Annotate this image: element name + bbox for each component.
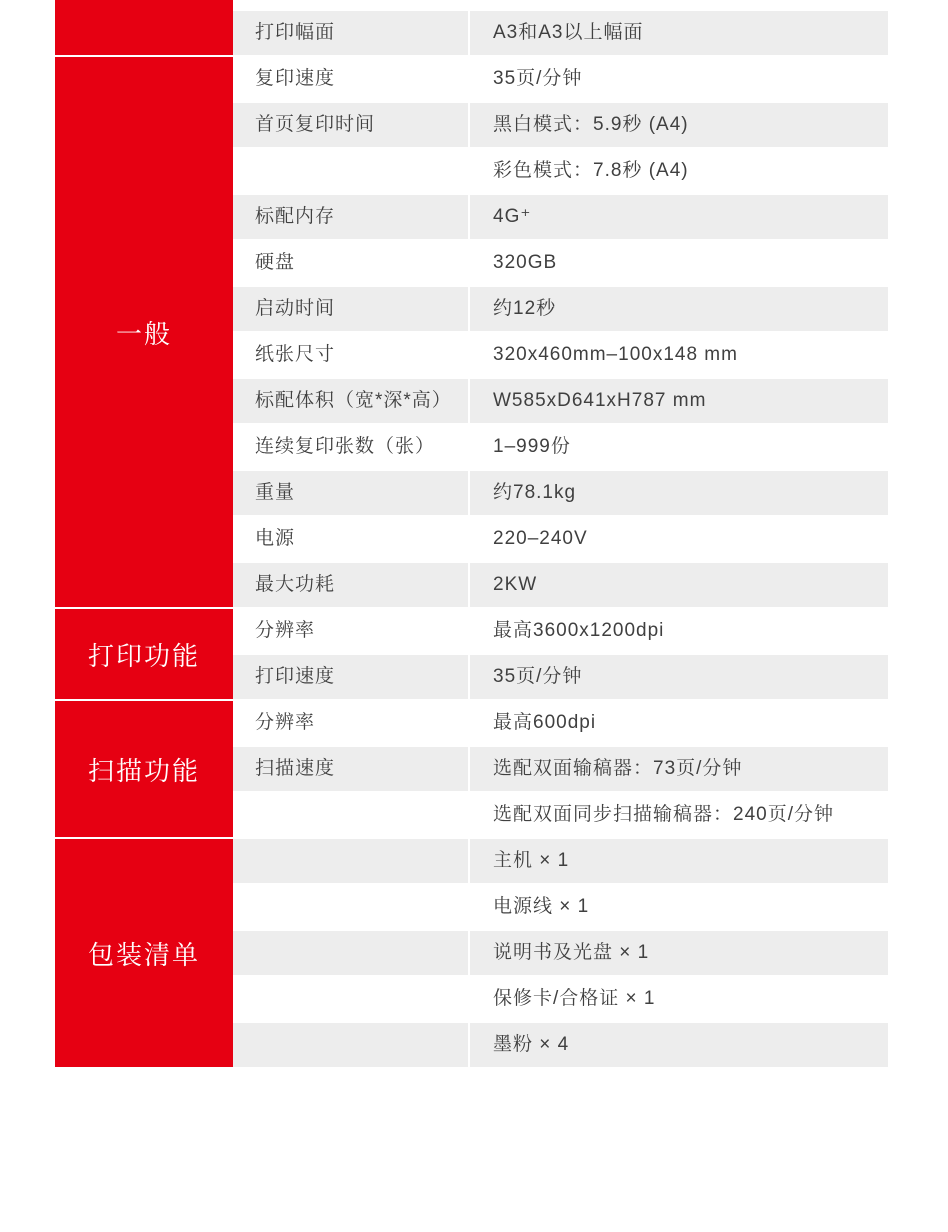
section-label: 扫描功能 [88,751,200,788]
spec-label-cell: 启动时间 [233,287,470,331]
spec-row: 标配体积（宽*深*高）W585xD641xH787 mm [233,379,888,425]
spec-value-cell: 说明书及光盘 × 1 [470,931,888,975]
section-label-cell: 打印功能 [55,609,233,699]
spec-value-cell: A3和A3以上幅面 [470,11,888,55]
spec-row: 主机 × 1 [233,839,888,885]
spec-label-cell: 打印幅面 [233,11,470,55]
spec-label-cell [233,839,470,883]
product-spec-page: 多功能打印/扫描/复印/传真打印幅面A3和A3以上幅面一般复印速度35页/分钟首… [0,0,948,1232]
spec-label-cell: 扫描速度 [233,747,470,791]
spec-label-cell: 多功能 [233,0,470,9]
spec-label-cell: 首页复印时间 [233,103,470,147]
spec-row: 彩色模式：7.8秒 (A4) [233,149,888,195]
spec-value-cell: 最高3600x1200dpi [470,609,888,653]
spec-row: 多功能打印/扫描/复印/传真 [233,0,888,11]
spec-label-cell: 硬盘 [233,241,470,285]
spec-value-cell: 黑白模式：5.9秒 (A4) [470,103,888,147]
spec-rows: 多功能打印/扫描/复印/传真打印幅面A3和A3以上幅面 [233,0,888,57]
spec-label-cell: 重量 [233,471,470,515]
spec-row: 说明书及光盘 × 1 [233,931,888,977]
spec-rows: 分辨率最高3600x1200dpi打印速度35页/分钟 [233,609,888,701]
spec-row: 墨粉 × 4 [233,1023,888,1069]
spec-label-cell: 电源 [233,517,470,561]
spec-row: 选配双面同步扫描输稿器：240页/分钟 [233,793,888,839]
spec-value-cell: 35页/分钟 [470,57,888,101]
spec-section-packing-list: 包装清单主机 × 1电源线 × 1说明书及光盘 × 1保修卡/合格证 × 1墨粉… [55,839,888,1069]
spec-label-cell: 分辨率 [233,609,470,653]
spec-row: 连续复印张数（张）1–999份 [233,425,888,471]
spec-value-cell: 墨粉 × 4 [470,1023,888,1067]
spec-value-cell: 35页/分钟 [470,655,888,699]
spec-value-cell: W585xD641xH787 mm [470,379,888,423]
spec-rows: 主机 × 1电源线 × 1说明书及光盘 × 1保修卡/合格证 × 1墨粉 × 4 [233,839,888,1069]
spec-label-cell: 标配内存 [233,195,470,239]
spec-row: 最大功耗2KW [233,563,888,609]
section-label-cell: 包装清单 [55,839,233,1067]
spec-row: 标配内存4G⁺ [233,195,888,241]
spec-row: 首页复印时间黑白模式：5.9秒 (A4) [233,103,888,149]
spec-row: 扫描速度选配双面输稿器：73页/分钟 [233,747,888,793]
spec-row: 分辨率最高3600x1200dpi [233,609,888,655]
section-label-cell: 扫描功能 [55,701,233,837]
spec-section-general: 一般复印速度35页/分钟首页复印时间黑白模式：5.9秒 (A4)彩色模式：7.8… [55,57,888,609]
spec-value-cell: 2KW [470,563,888,607]
spec-label-cell [233,885,470,929]
spec-section-scan: 扫描功能分辨率最高600dpi扫描速度选配双面输稿器：73页/分钟选配双面同步扫… [55,701,888,839]
spec-label-cell: 连续复印张数（张） [233,425,470,469]
spec-value-cell: 打印/扫描/复印/传真 [470,0,888,9]
spec-value-cell: 彩色模式：7.8秒 (A4) [470,149,888,193]
spec-value-cell: 约12秒 [470,287,888,331]
spec-row: 纸张尺寸320x460mm–100x148 mm [233,333,888,379]
spec-row: 打印幅面A3和A3以上幅面 [233,11,888,57]
spec-value-cell: 320x460mm–100x148 mm [470,333,888,377]
spec-label-cell: 纸张尺寸 [233,333,470,377]
spec-row: 复印速度35页/分钟 [233,57,888,103]
spec-section-copy-top: 多功能打印/扫描/复印/传真打印幅面A3和A3以上幅面 [55,0,888,57]
section-label-cell [55,0,233,55]
spec-label-cell [233,149,470,193]
product-spec-table: 多功能打印/扫描/复印/传真打印幅面A3和A3以上幅面一般复印速度35页/分钟首… [55,0,888,1069]
spec-row: 打印速度35页/分钟 [233,655,888,701]
spec-row: 电源220–240V [233,517,888,563]
spec-value-cell: 320GB [470,241,888,285]
spec-value-cell: 选配双面输稿器：73页/分钟 [470,747,888,791]
spec-label-cell: 标配体积（宽*深*高） [233,379,470,423]
section-label: 打印功能 [88,636,200,673]
section-label: 一般 [116,314,172,351]
section-label: 包装清单 [88,935,200,972]
spec-value-cell: 保修卡/合格证 × 1 [470,977,888,1021]
spec-row: 启动时间约12秒 [233,287,888,333]
spec-label-cell: 复印速度 [233,57,470,101]
spec-label-cell: 打印速度 [233,655,470,699]
spec-row: 电源线 × 1 [233,885,888,931]
section-label-cell: 一般 [55,57,233,607]
spec-row: 重量约78.1kg [233,471,888,517]
spec-value-cell: 1–999份 [470,425,888,469]
spec-value-cell: 约78.1kg [470,471,888,515]
spec-rows: 分辨率最高600dpi扫描速度选配双面输稿器：73页/分钟选配双面同步扫描输稿器… [233,701,888,839]
spec-label-cell [233,931,470,975]
spec-row: 保修卡/合格证 × 1 [233,977,888,1023]
spec-label-cell [233,793,470,837]
spec-value-cell: 主机 × 1 [470,839,888,883]
spec-label-cell: 最大功耗 [233,563,470,607]
spec-value-cell: 4G⁺ [470,195,888,239]
spec-row: 硬盘320GB [233,241,888,287]
spec-rows: 复印速度35页/分钟首页复印时间黑白模式：5.9秒 (A4)彩色模式：7.8秒 … [233,57,888,609]
spec-value-cell: 最高600dpi [470,701,888,745]
spec-label-cell [233,1023,470,1067]
spec-section-print: 打印功能分辨率最高3600x1200dpi打印速度35页/分钟 [55,609,888,701]
spec-value-cell: 220–240V [470,517,888,561]
spec-label-cell [233,977,470,1021]
spec-label-cell: 分辨率 [233,701,470,745]
spec-row: 分辨率最高600dpi [233,701,888,747]
spec-value-cell: 选配双面同步扫描输稿器：240页/分钟 [470,793,888,837]
spec-value-cell: 电源线 × 1 [470,885,888,929]
